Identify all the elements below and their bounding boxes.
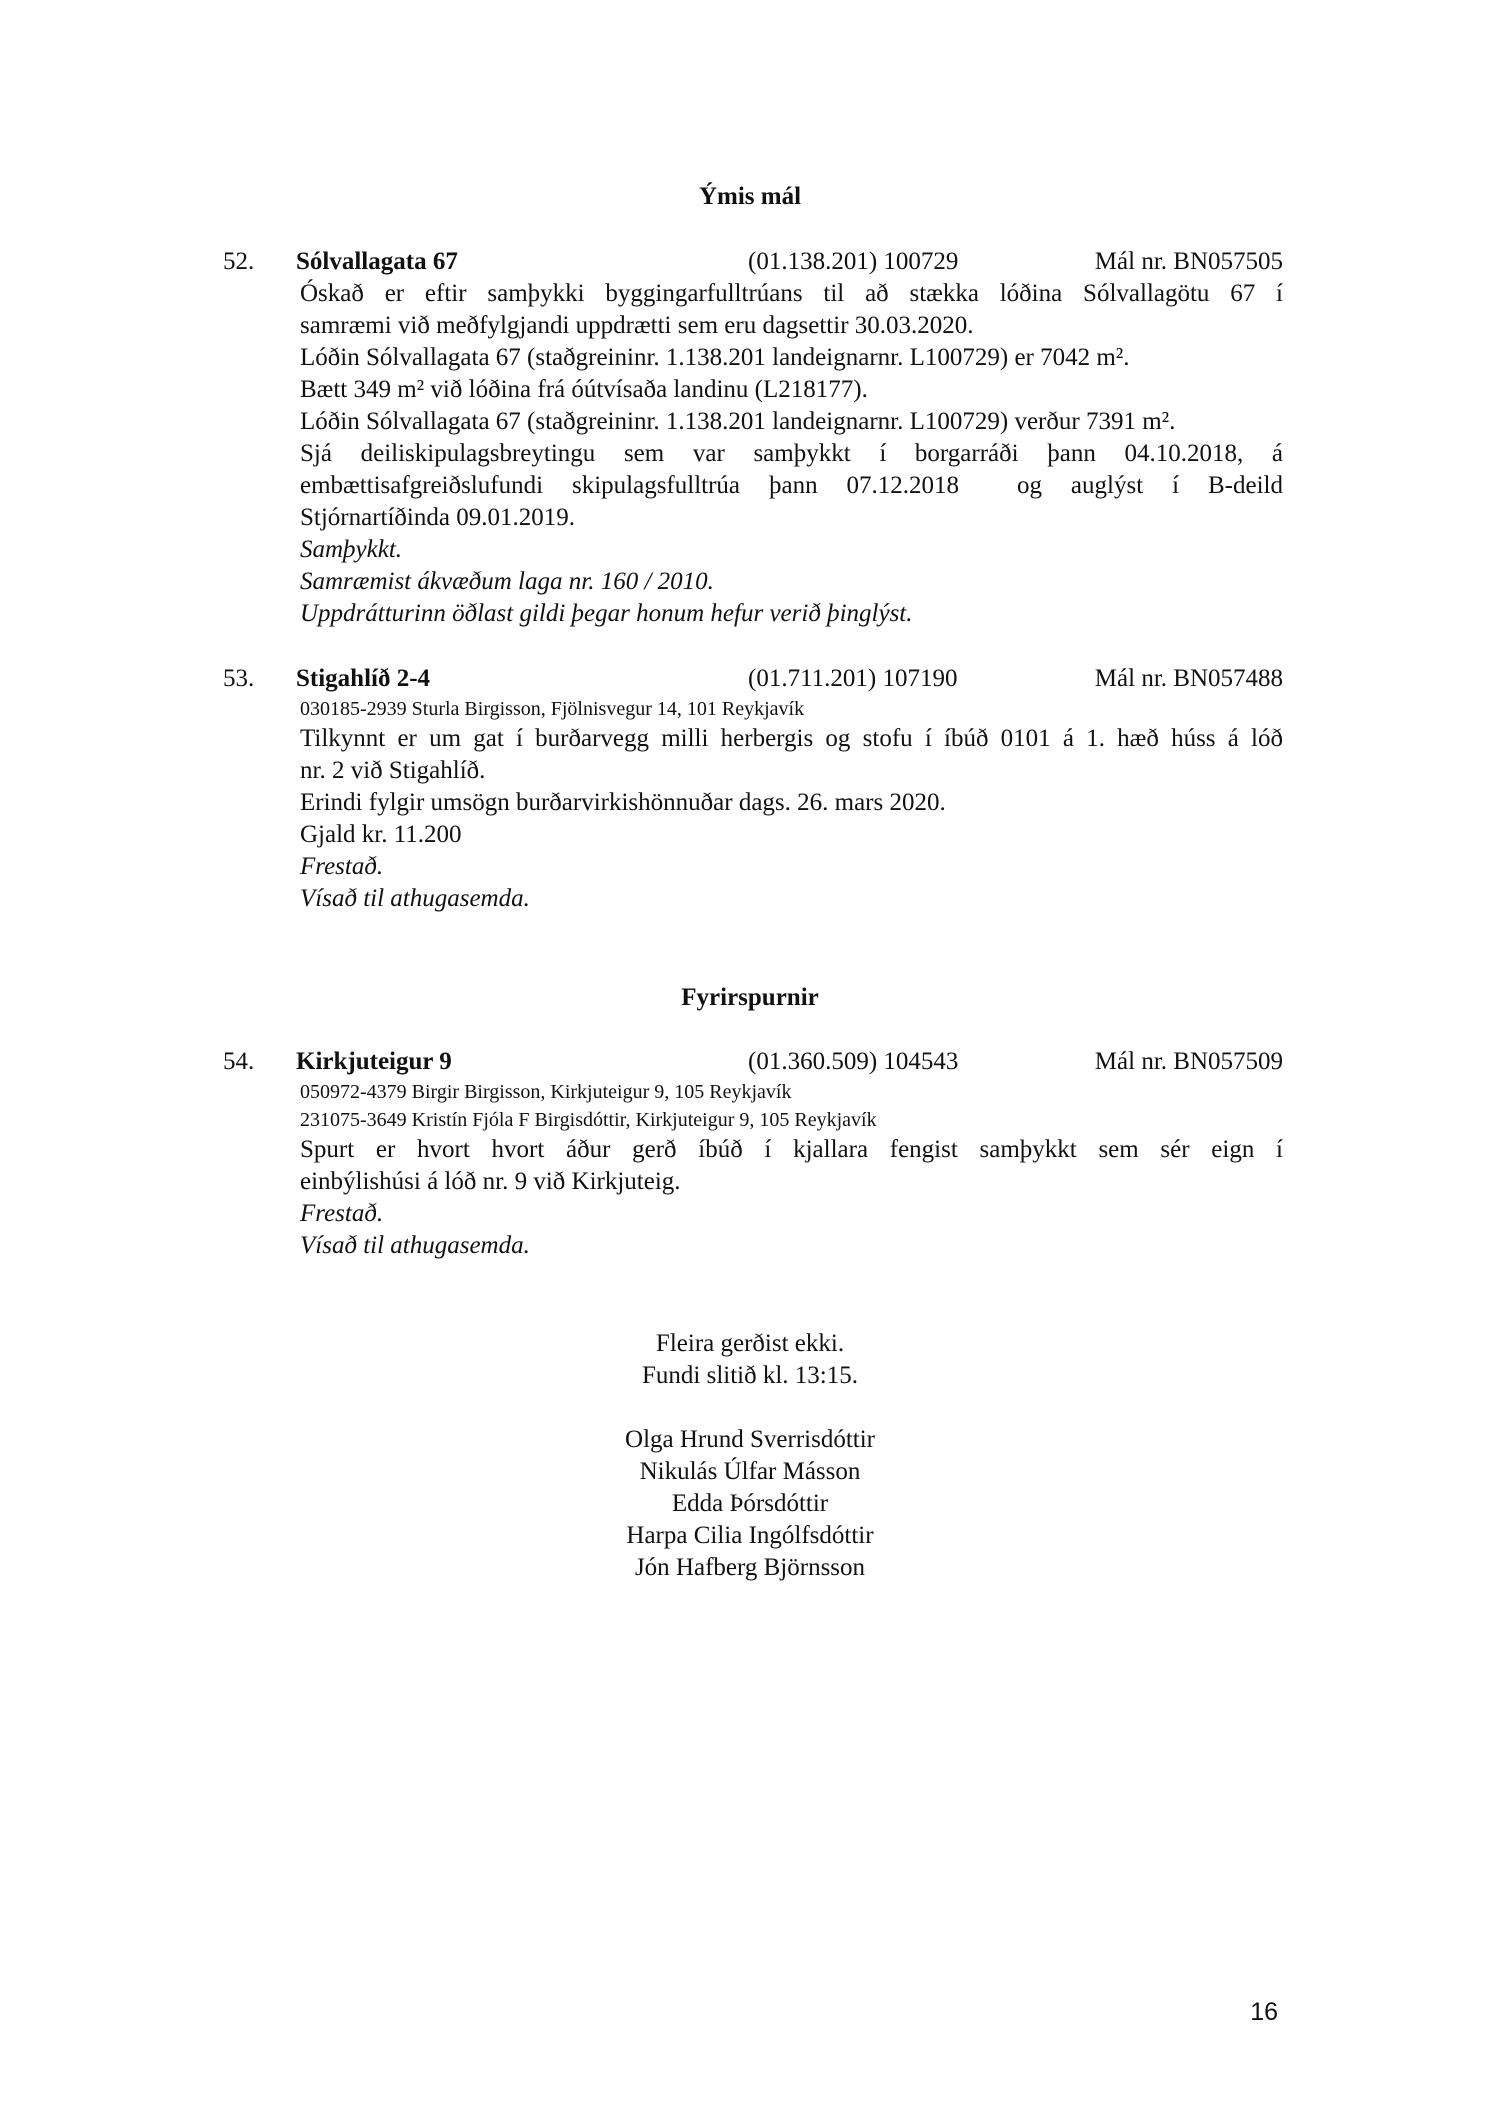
decision-line: Frestað. xyxy=(300,1198,1283,1230)
signatory: Olga Hrund Sverrisdóttir xyxy=(0,1424,1500,1456)
case-number-id: Mál nr. BN057505 xyxy=(1095,246,1283,278)
case-number-id: Mál nr. BN057509 xyxy=(1095,1046,1283,1078)
case-title: Sólvallagata 67 xyxy=(296,246,458,278)
closing-line: Fleira gerðist ekki. xyxy=(0,1328,1500,1360)
section-heading-fyrirspurnir: Fyrirspurnir xyxy=(0,983,1500,1013)
case-53: 53. Stigahlíð 2-4 (01.711.201) 107190 Má… xyxy=(223,663,1283,915)
body-line: Stjórnartíðinda 09.01.2019. xyxy=(300,502,1283,534)
case-number-id: Mál nr. BN057488 xyxy=(1095,663,1283,695)
signatory: Harpa Cilia Ingólfsdóttir xyxy=(0,1520,1500,1552)
body-line: Erindi fylgir umsögn burðarvirkishönnuða… xyxy=(300,787,1283,819)
case-54: 54. Kirkjuteigur 9 (01.360.509) 104543 M… xyxy=(223,1046,1283,1262)
applicant-line: 050972-4379 Birgir Birgisson, Kirkjuteig… xyxy=(300,1078,1283,1106)
case-number: 54. xyxy=(223,1046,254,1078)
body-line: Spurt er hvort hvort áður gerð íbúð í kj… xyxy=(300,1134,1283,1166)
signatory: Jón Hafberg Björnsson xyxy=(0,1552,1500,1584)
case-reference: (01.711.201) 107190 xyxy=(748,663,957,695)
case-body: 030185-2939 Sturla Birgisson, Fjölnisveg… xyxy=(300,695,1283,915)
decision-line: Samþykkt. xyxy=(300,534,1283,566)
body-line: Sjá deiliskipulagsbreytingu sem var samþ… xyxy=(300,438,1283,470)
case-reference: (01.360.509) 104543 xyxy=(748,1046,958,1078)
case-number: 53. xyxy=(223,663,254,695)
body-line: Lóðin Sólvallagata 67 (staðgreininr. 1.1… xyxy=(300,406,1283,438)
case-header: 53. Stigahlíð 2-4 (01.711.201) 107190 Má… xyxy=(223,663,1283,695)
case-header: 52. Sólvallagata 67 (01.138.201) 100729 … xyxy=(223,246,1283,278)
closing-block: Fleira gerðist ekki. Fundi slitið kl. 13… xyxy=(0,1328,1500,1584)
body-line: embættisafgreiðslufundi skipulagsfulltrú… xyxy=(300,470,1283,502)
decision-line: Frestað. xyxy=(300,851,1283,883)
section-heading-ymis-mal: Ýmis mál xyxy=(0,182,1500,212)
body-line: nr. 2 við Stigahlíð. xyxy=(300,755,1283,787)
case-title: Stigahlíð 2-4 xyxy=(296,663,430,695)
closing-line: Fundi slitið kl. 13:15. xyxy=(0,1360,1500,1392)
decision-line: Uppdrátturinn öðlast gildi þegar honum h… xyxy=(300,598,1283,630)
signatory: Edda Þórsdóttir xyxy=(0,1488,1500,1520)
body-line: Tilkynnt er um gat í burðarvegg milli he… xyxy=(300,723,1283,755)
signatory: Nikulás Úlfar Másson xyxy=(0,1456,1500,1488)
case-body: 050972-4379 Birgir Birgisson, Kirkjuteig… xyxy=(300,1078,1283,1262)
decision-line: Vísað til athugasemda. xyxy=(300,883,1283,915)
applicant-line: 231075-3649 Kristín Fjóla F Birgisdóttir… xyxy=(300,1106,1283,1134)
case-title: Kirkjuteigur 9 xyxy=(296,1046,452,1078)
body-line: Gjald kr. 11.200 xyxy=(300,819,1283,851)
case-header: 54. Kirkjuteigur 9 (01.360.509) 104543 M… xyxy=(223,1046,1283,1078)
body-line: einbýlishúsi á lóð nr. 9 við Kirkjuteig. xyxy=(300,1166,1283,1198)
spacer xyxy=(0,1392,1500,1424)
body-line: samræmi við meðfylgjandi uppdrætti sem e… xyxy=(300,310,1283,342)
case-number: 52. xyxy=(223,246,254,278)
body-line: Óskað er eftir samþykki byggingarfulltrú… xyxy=(300,278,1283,310)
decision-line: Samræmist ákvæðum laga nr. 160 / 2010. xyxy=(300,566,1283,598)
case-body: Óskað er eftir samþykki byggingarfulltrú… xyxy=(300,278,1283,630)
document-page: Ýmis mál 52. Sólvallagata 67 (01.138.201… xyxy=(0,0,1500,2122)
page-number: 16 xyxy=(1250,1998,1278,2027)
case-reference: (01.138.201) 100729 xyxy=(748,246,958,278)
case-52: 52. Sólvallagata 67 (01.138.201) 100729 … xyxy=(223,246,1283,630)
decision-line: Vísað til athugasemda. xyxy=(300,1230,1283,1262)
body-line: Lóðin Sólvallagata 67 (staðgreininr. 1.1… xyxy=(300,342,1283,374)
applicant-line: 030185-2939 Sturla Birgisson, Fjölnisveg… xyxy=(300,695,1283,723)
body-line: Bætt 349 m² við lóðina frá óútvísaða lan… xyxy=(300,374,1283,406)
